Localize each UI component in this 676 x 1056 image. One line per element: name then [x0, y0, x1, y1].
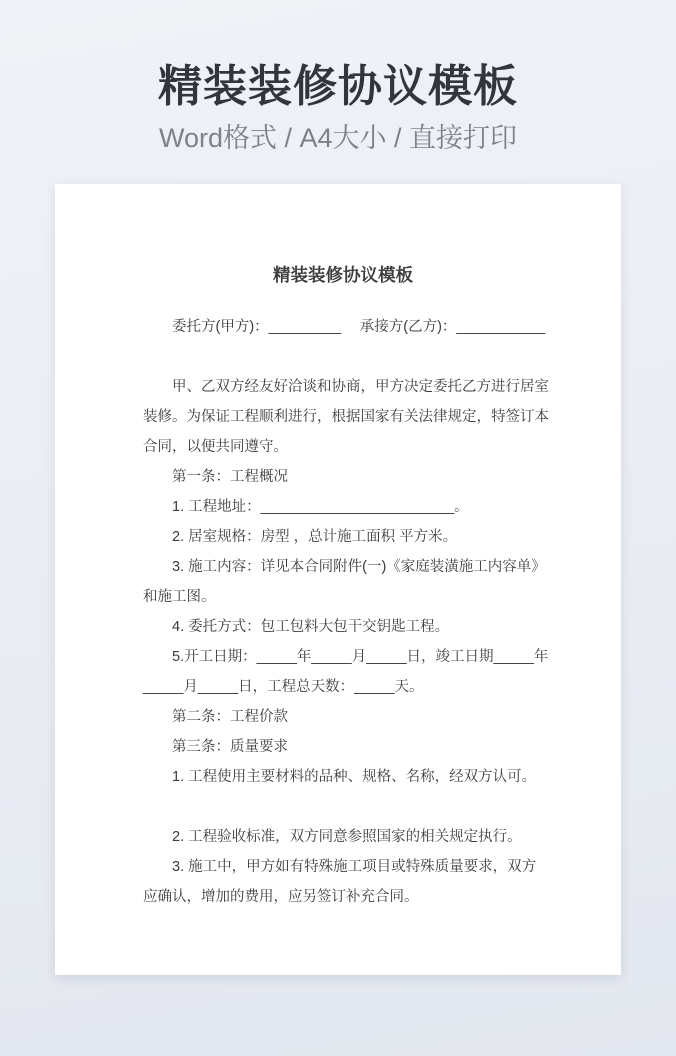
doc-paragraph: 3. 施工内容：详见本合同附件(一)《家庭装潢施工内容单》和施工图。 — [143, 552, 543, 612]
doc-line: 应确认，增加的费用，应另签订补充合同。 — [143, 882, 543, 912]
doc-paragraph: 第三条：质量要求 — [143, 732, 543, 762]
document-body: 委托方(甲方)：_________ 承接方(乙方)：___________ 甲、… — [143, 312, 543, 912]
doc-line: 第二条：工程价款 — [143, 702, 543, 732]
doc-line — [143, 792, 543, 822]
doc-paragraph: 4. 委托方式：包工包料大包干交钥匙工程。 — [143, 612, 543, 642]
doc-line: 2. 居室规格：房型 ，总计施工面积 平方米。 — [143, 522, 543, 552]
page-background: 精装装修协议模板 Word格式 / A4大小 / 直接打印 精装装修协议模板 委… — [0, 0, 676, 1056]
doc-paragraph: 3. 施工中，甲方如有特殊施工项目或特殊质量要求，双方应确认，增加的费用，应另签… — [143, 852, 543, 912]
page-title: 精装装修协议模板 — [0, 60, 676, 114]
doc-paragraph: 甲、乙双方经友好洽谈和协商，甲方决定委托乙方进行居室装修。为保证工程顺利进行，根… — [143, 372, 543, 462]
doc-paragraph: 1. 工程地址：________________________。 — [143, 492, 543, 522]
doc-line: _____月_____日，工程总天数：_____天。 — [143, 672, 543, 702]
doc-paragraph: 2. 居室规格：房型 ，总计施工面积 平方米。 — [143, 522, 543, 552]
doc-paragraph: 第二条：工程价款 — [143, 702, 543, 732]
doc-line: 委托方(甲方)：_________ 承接方(乙方)：___________ — [143, 312, 543, 342]
doc-paragraph: 第一条：工程概况 — [143, 462, 543, 492]
doc-line: 4. 委托方式：包工包料大包干交钥匙工程。 — [143, 612, 543, 642]
doc-paragraph: 1. 工程使用主要材料的品种、规格、名称，经双方认可。 — [143, 762, 543, 792]
page-subtitle: Word格式 / A4大小 / 直接打印 — [0, 122, 676, 154]
doc-line: 装修。为保证工程顺利进行，根据国家有关法律规定，特签订本 — [143, 402, 543, 432]
document-preview-paper: 精装装修协议模板 委托方(甲方)：_________ 承接方(乙方)：_____… — [55, 184, 621, 975]
doc-line: 5.开工日期：_____年_____月_____日，竣工日期_____年 — [143, 642, 543, 672]
doc-line: 1. 工程地址：________________________。 — [143, 492, 543, 522]
doc-paragraph — [143, 792, 543, 822]
doc-line: 3. 施工中，甲方如有特殊施工项目或特殊质量要求，双方 — [143, 852, 543, 882]
doc-line — [143, 342, 543, 372]
document-title: 精装装修协议模板 — [143, 264, 543, 286]
doc-line: 第一条：工程概况 — [143, 462, 543, 492]
doc-line: 第三条：质量要求 — [143, 732, 543, 762]
template-header: 精装装修协议模板 Word格式 / A4大小 / 直接打印 — [0, 0, 676, 154]
doc-line: 合同，以便共同遵守。 — [143, 432, 543, 462]
doc-line: 1. 工程使用主要材料的品种、规格、名称，经双方认可。 — [143, 762, 543, 792]
doc-line: 2. 工程验收标准，双方同意参照国家的相关规定执行。 — [143, 822, 543, 852]
doc-line: 和施工图。 — [143, 582, 543, 612]
doc-line: 甲、乙双方经友好洽谈和协商，甲方决定委托乙方进行居室 — [143, 372, 543, 402]
doc-paragraph: 委托方(甲方)：_________ 承接方(乙方)：___________ — [143, 312, 543, 342]
doc-paragraph — [143, 342, 543, 372]
doc-paragraph: 5.开工日期：_____年_____月_____日，竣工日期_____年____… — [143, 642, 543, 702]
doc-paragraph: 2. 工程验收标准，双方同意参照国家的相关规定执行。 — [143, 822, 543, 852]
doc-line: 3. 施工内容：详见本合同附件(一)《家庭装潢施工内容单》 — [143, 552, 543, 582]
